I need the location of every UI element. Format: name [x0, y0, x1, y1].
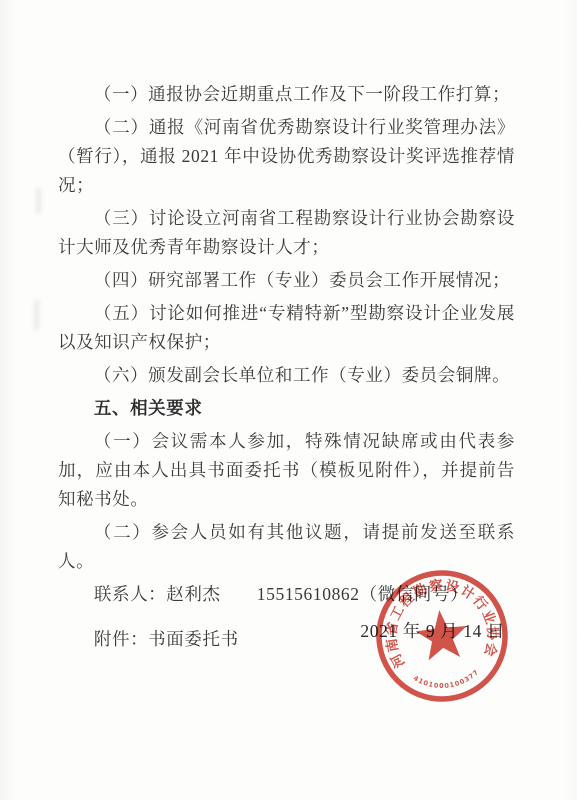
- agenda-item-4: （四）研究部署工作（专业）委员会工作开展情况；: [58, 266, 515, 295]
- document-body: （一）通报协会近期重点工作及下一阶段工作打算； （二）通报《河南省优秀勘察设计行…: [58, 80, 515, 658]
- date-line: 2021 年 9 月 14 日: [360, 618, 505, 643]
- seal-code-text: 4101000100377: [411, 667, 482, 693]
- requirement-item-1: （一）会议需本人参加，特殊情况缺席或由代表参加，应由本人出具书面委托书（模板见附…: [58, 427, 515, 514]
- requirement-item-2: （二）参会人员如有其他议题，请提前发送至联系人。: [58, 518, 515, 576]
- agenda-item-3: （三）讨论设立河南省工程勘察设计行业协会勘察设计大师及优秀青年勘察设计人才；: [58, 204, 515, 262]
- contact-line: 联系人：赵利杰 15515610862（微信同号）: [58, 580, 515, 609]
- section-heading-requirements: 五、相关要求: [58, 394, 515, 423]
- agenda-item-1: （一）通报协会近期重点工作及下一阶段工作打算；: [58, 80, 515, 109]
- agenda-item-2: （二）通报《河南省优秀勘察设计行业奖管理办法》（暂行），通报 2021 年中设协…: [58, 113, 515, 200]
- agenda-item-5: （五）讨论如何推进“专精特新”型勘察设计企业发展以及知识产权保护；: [58, 299, 515, 357]
- scan-smudge: [34, 300, 39, 330]
- scan-smudge: [36, 188, 41, 214]
- document-page: （一）通报协会近期重点工作及下一阶段工作打算； （二）通报《河南省优秀勘察设计行…: [0, 0, 577, 800]
- agenda-item-6: （六）颁发副会长单位和工作（专业）委员会铜牌。: [58, 361, 515, 390]
